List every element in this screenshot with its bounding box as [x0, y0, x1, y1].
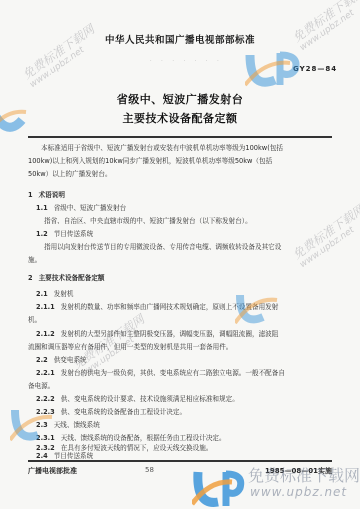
watermark-brand-url: www.upbz.net: [250, 485, 347, 499]
page-number: 58: [145, 466, 154, 474]
footer-rule: [28, 460, 332, 462]
section-2-2-1: 2.2.1发射台的供电为一级负荷，其供、变电系统应有二路独立电源。一般不配备自: [36, 367, 285, 377]
section-2-2-3: 2.2.3供、变电系统的设备配备由工程设计决定。: [36, 406, 186, 416]
up-logo-icon: [192, 468, 247, 508]
intro-line3: 50kw）以上的广播发射台。: [28, 168, 332, 181]
watermark-brand-text: 免费标准下载网: [248, 463, 360, 486]
up-logo-icon: [245, 45, 305, 95]
document-title-line1: 省级中、短波广播发射台: [0, 91, 360, 107]
document-title-line2: 主要技术设备配备定额: [0, 110, 360, 126]
section-1-2-heading: 1.2节目传送系统: [36, 228, 93, 238]
section-2-2-2: 2.2.2供、变电系统的设计要求、技术设施须满足相应标准和规定。: [36, 393, 239, 403]
section-1-2-text-cont: 施。: [28, 254, 41, 264]
section-1-1-text: 指省、自治区、中央直辖市级的中、短波广播发射台（以下称发射台）。: [44, 215, 252, 225]
separator-dots: · · · · · · ·: [150, 58, 223, 64]
section-2-heading: 2主要技术设备配备定额: [28, 272, 105, 282]
up-logo-icon: [235, 285, 280, 330]
section-2-2-1-cont: 备电源。: [28, 380, 54, 390]
intro-line2: 100kw)以上和列入规划的10kw同步广播发射机，短波机单机功率等级50kw（…: [28, 155, 332, 168]
up-logo-icon: [0, 100, 30, 140]
section-1-heading: 1术语说明: [28, 189, 65, 199]
section-2-1-1-cont: 机。: [28, 314, 41, 324]
document-page: 中华人民共和国广播电视部部标准 · · · · · · · GY28—84 省级…: [0, 0, 360, 509]
watermark-text-mid-right: 免费标准下载网www.upbz.net: [291, 203, 360, 271]
header-rule: [28, 136, 332, 138]
up-logo-icon: [10, 405, 55, 445]
approver-label: 广播电视部批准: [28, 466, 77, 476]
intro-line1: 本标准适用于省级中、短波广播发射台或安装有中波机单机功率等级为100kw(包括: [28, 142, 332, 155]
section-1-1-heading: 1.1省级中、短波广播发射台: [36, 202, 126, 212]
section-2-1-heading: 2.1发射机: [36, 288, 73, 298]
section-2-3-1: 2.3.1天线、馈线系统的设备配备，根据任务由工程设计决定。: [36, 432, 226, 442]
section-1-2-text: 指用以向发射台传送节目的专用微波设备、专用传音电缆、调频收转设备及其它设: [44, 241, 281, 251]
section-2-4-heading: 2.4节目传送系统: [36, 450, 93, 460]
